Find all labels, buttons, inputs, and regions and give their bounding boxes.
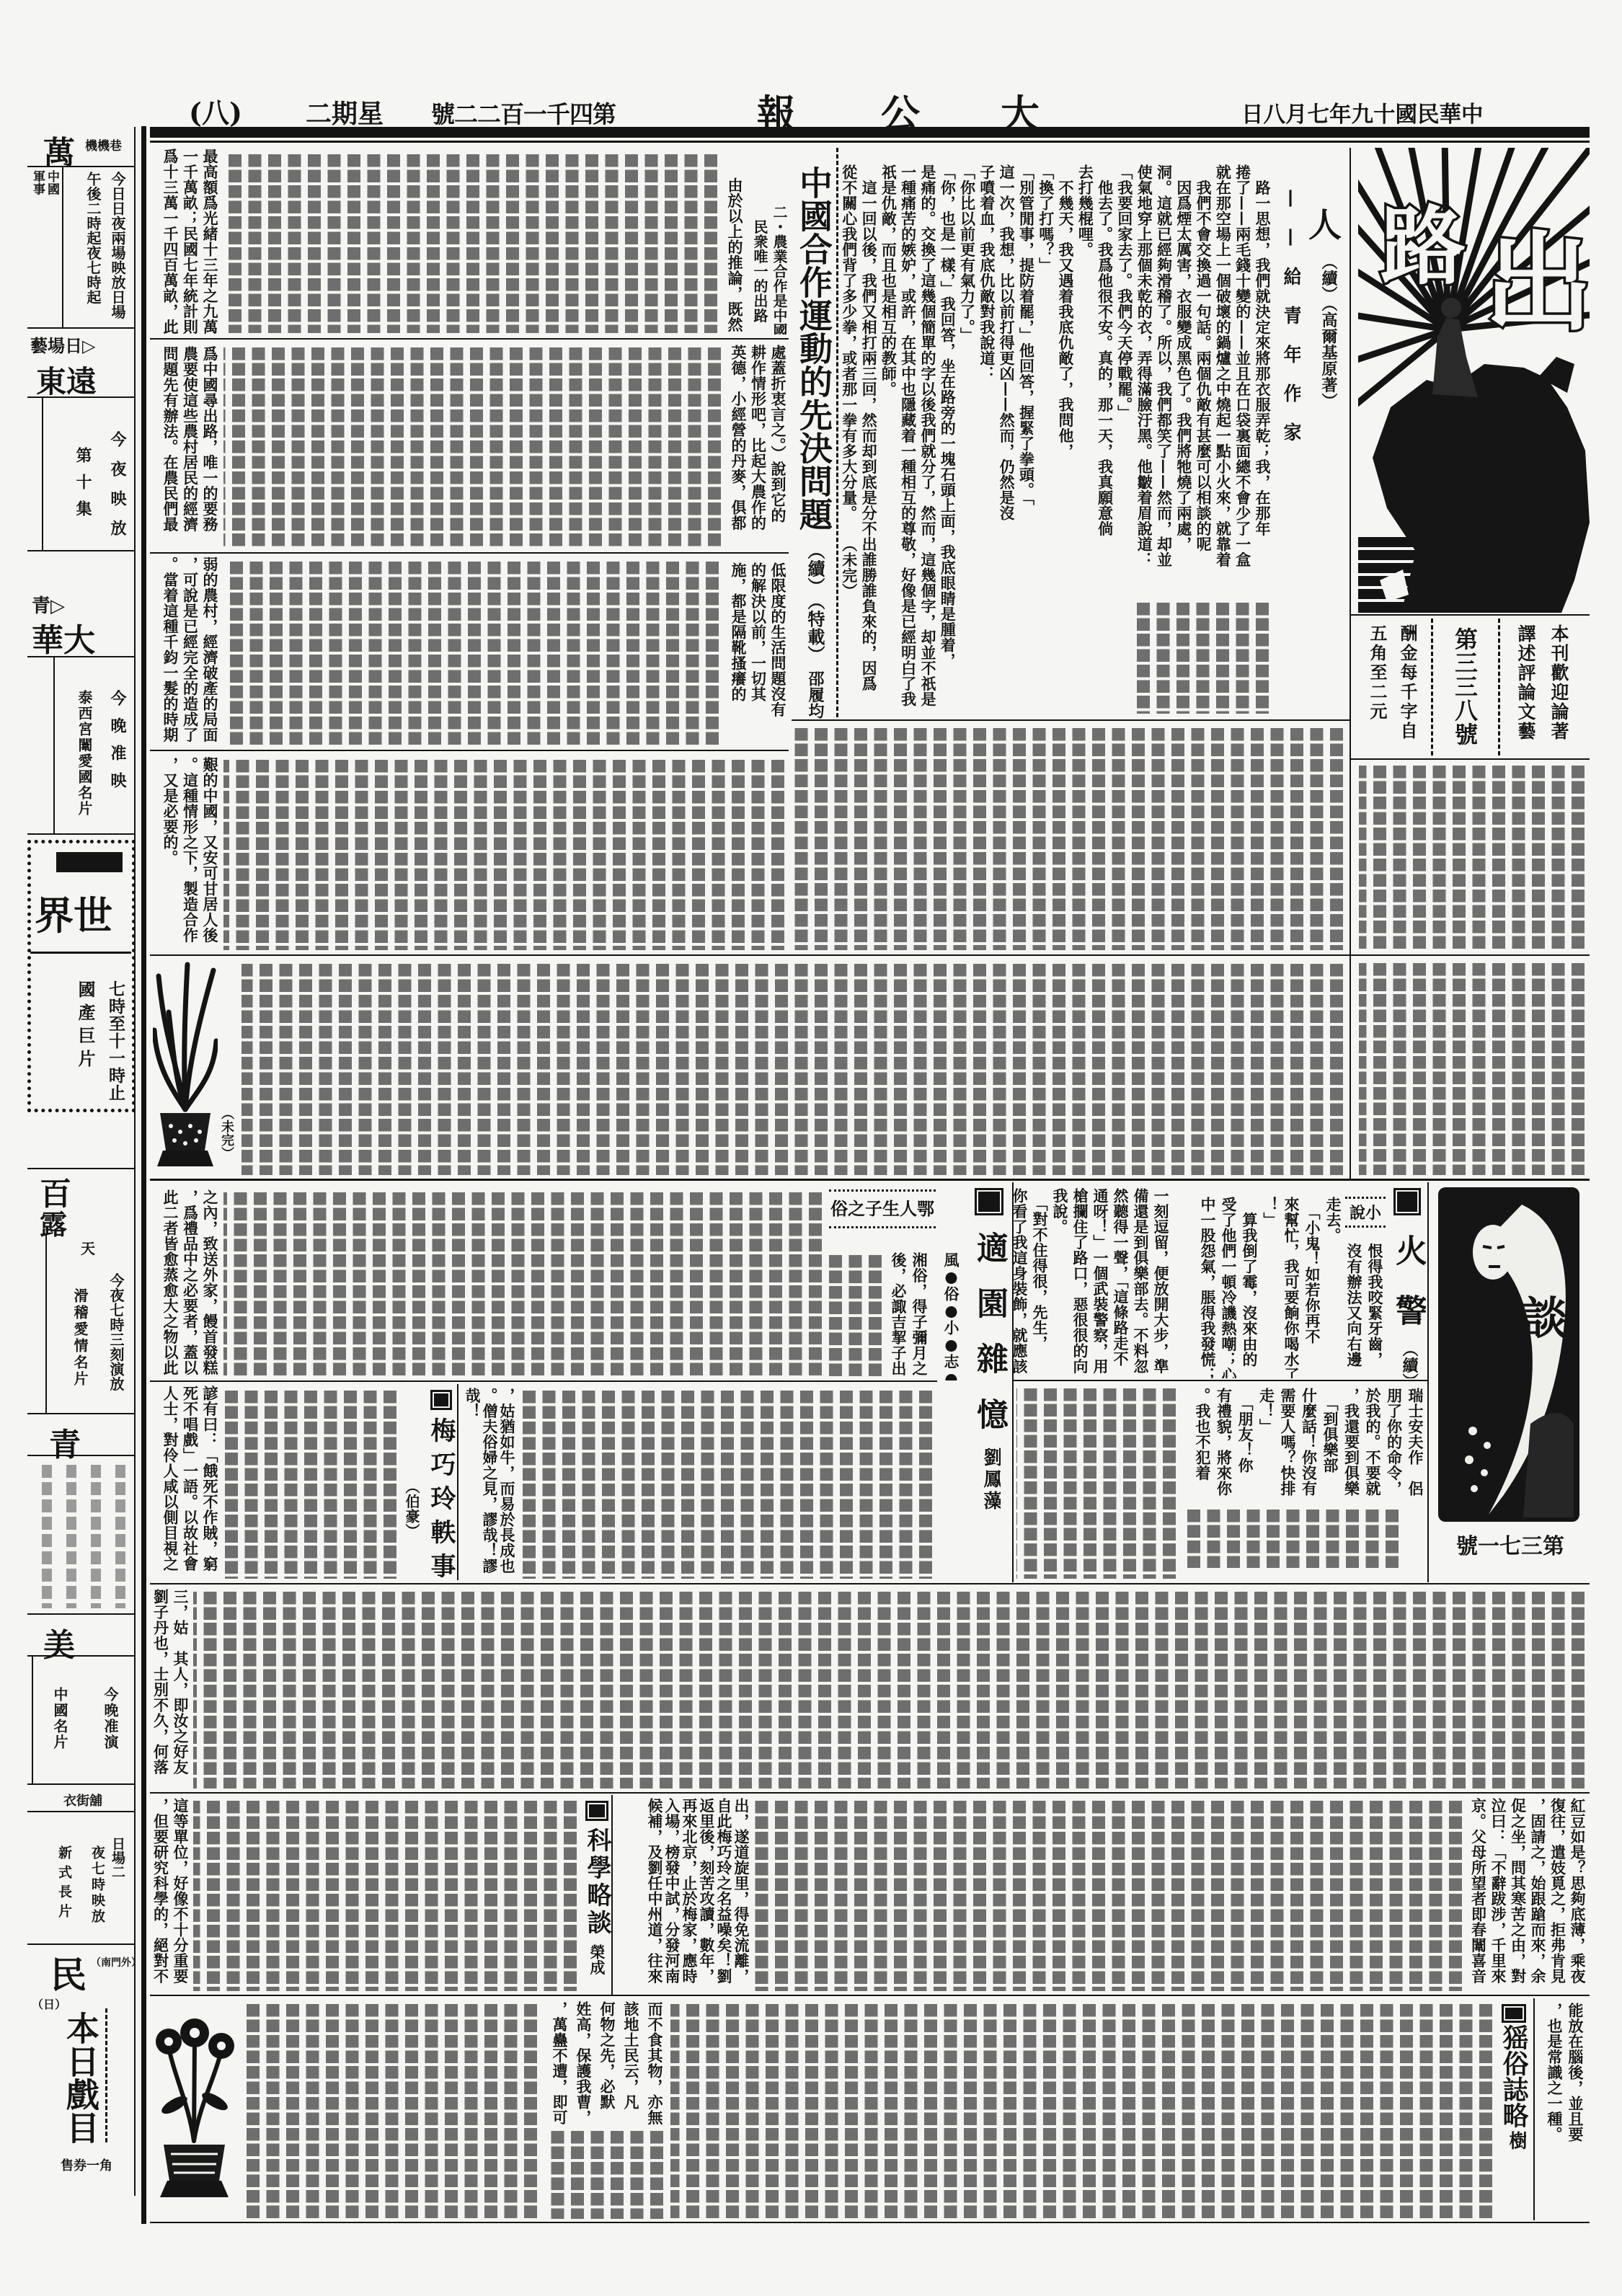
tier-rule bbox=[150, 552, 789, 554]
article-subtitle: 二・農業合作是中國 民衆唯一的出路 bbox=[748, 205, 789, 334]
science-author: 榮成 bbox=[587, 1944, 607, 1987]
ad-line: 夜七時映放 bbox=[88, 1845, 107, 1939]
ad-line: 新式長片 bbox=[55, 1845, 74, 1932]
illegible-article-text bbox=[223, 757, 788, 950]
fiction-continued: （續） bbox=[1397, 1341, 1419, 1378]
cinema-location: （南門外） bbox=[91, 1955, 141, 1969]
horseman-woodcut-icon: 路 出 bbox=[1358, 148, 1590, 613]
illegible-article-text bbox=[753, 1798, 1466, 1991]
ad-line: 今夜映放 bbox=[105, 431, 127, 550]
tier-rule bbox=[150, 750, 789, 751]
ad-line: 日場二 bbox=[108, 1837, 127, 1894]
story-dedication: ——給青年作家 bbox=[1276, 189, 1300, 463]
notice-line: 譯述評論文藝 bbox=[1514, 624, 1535, 750]
cinema-name: 世界 bbox=[35, 885, 125, 941]
article-text: ，姑猶如牛，而易於長成也 。僧夫俗婦之見，謬哉！謬 哉！ bbox=[464, 1388, 515, 1579]
cinema-name: 大華 bbox=[32, 614, 111, 660]
article-text: 出，遂道旋里，得免流離， 自此梅巧玲之名益噪矣！劉 返里後，刻苦攻讀，數年， 再… bbox=[645, 1798, 750, 1991]
notice-line: 五角至二元 bbox=[1365, 624, 1387, 750]
black-banner-bar bbox=[56, 852, 123, 872]
ad-line: 今夜七時三刻演放 bbox=[105, 1273, 125, 1403]
article-text: 由於以上的推論，既然 bbox=[723, 177, 745, 334]
illegible-article-text bbox=[793, 725, 1347, 950]
article-text: 艱的中國，又安可甘居人後 。這種情形之下，製造合作 ，又是必要的。 bbox=[160, 757, 220, 953]
section-marker-icon bbox=[975, 1188, 1003, 1215]
tier-rule bbox=[150, 1995, 1590, 1996]
column-author: 劉鳳藻 bbox=[976, 1448, 1001, 1516]
illegible-article-text bbox=[223, 151, 721, 333]
illegible-fiction-text bbox=[1016, 1386, 1179, 1579]
wavy-border bbox=[105, 2008, 107, 2142]
headline-tag: （特載） bbox=[802, 593, 825, 668]
illegible-article-text bbox=[223, 1388, 400, 1579]
article-text: 這等單位，好像不十分重要 ，但要研究科學的，絕對不 bbox=[150, 1798, 190, 1993]
tan-woodcut-banner: 談 bbox=[1437, 1186, 1581, 1523]
article-headline: 中國合作運動的先決問題 bbox=[792, 166, 835, 541]
supplement-issue-number: 第三七一號 bbox=[1438, 1528, 1582, 1560]
illegible-article-text bbox=[828, 1252, 885, 1378]
illegible-article-text bbox=[1359, 960, 1588, 1175]
ad-line: 第十集 bbox=[71, 447, 92, 541]
notice-line: 本刊歡迎論著 bbox=[1547, 624, 1569, 750]
weekday: 星期二 bbox=[306, 94, 384, 130]
program-price: 售券一角 bbox=[61, 2155, 112, 2174]
article-author: 邵履均 bbox=[802, 670, 825, 721]
section-marker-icon bbox=[430, 1390, 452, 1410]
ad-line: 泰西宮闈愛國名片 bbox=[72, 690, 94, 827]
showtimes: 今日日夜兩場映放日場 午後二時起夜七時起 bbox=[78, 172, 130, 327]
cinema-street: 機機巷 bbox=[85, 136, 122, 154]
potted-plant-icon bbox=[153, 962, 218, 1175]
illegible-article-text bbox=[241, 961, 1347, 1175]
main-vertical-rule bbox=[141, 126, 146, 2224]
illegible-article-text bbox=[193, 1589, 1588, 1789]
headline-continued: （續） bbox=[802, 542, 825, 593]
cinema-street: 衣街舖 bbox=[63, 1791, 102, 1809]
newspaper-page: (八) 星期二 第四千一百二二號 大 公 報 中華民國十九年七月八日 萬 機機巷… bbox=[0, 0, 1622, 2296]
column-rule bbox=[611, 1795, 613, 1995]
illegible-article-text bbox=[670, 2001, 1496, 2219]
illegible-article-text bbox=[519, 1388, 936, 1579]
potted-plant-illustration bbox=[153, 962, 218, 1175]
figure-woodcut-icon: 談 bbox=[1437, 1186, 1581, 1523]
ad-divider bbox=[53, 657, 55, 833]
science-title: 科學略談 bbox=[582, 1827, 611, 1941]
illegible-article-text bbox=[544, 2128, 667, 2219]
article-text: 處蓋折衷言之。）說到它的 耕作情形吧，比起大農作的 英德，小經營的丹麥，俱都 bbox=[728, 345, 788, 550]
fiction-title: 火警 bbox=[1390, 1234, 1426, 1342]
illegible-article-text bbox=[241, 2001, 541, 2219]
article-text: 能放在腦後，並且要 ，也是常識之一種。 bbox=[1543, 2003, 1586, 2219]
article-text: 紅豆如是？思夠底薄，乘夜 復往，遣妓覓之，拒弗肯見 ，固請之，始跟蹌而來，余 促… bbox=[1468, 1798, 1587, 1991]
section-separator-rule bbox=[150, 1179, 1590, 1181]
article-text: 弱的農村，經濟破產的局面 ，可說是已經完全的造成了 。當着這種千鈞一髮的時期 bbox=[160, 557, 220, 748]
chulu-woodcut-banner: 路 出 bbox=[1358, 148, 1590, 613]
tier-rule bbox=[150, 1792, 1590, 1794]
article-text: 諺有曰：「餓死不作賊，窮 死不唱戲」一語。以故社會 人士，對伶人咸以側目視之 bbox=[160, 1386, 220, 1582]
issue-number: 第四千一百二二號 bbox=[431, 96, 616, 130]
illegible-article-text bbox=[193, 1798, 580, 1991]
article-text: 最高額爲光緒十三年之九萬 一千萬畝；民國七年統計則 爲十三萬一千四百萬畝，此 bbox=[160, 149, 220, 336]
article-text: 爲中國尋出路，唯一的要務 農要使這些農村居民的經濟 問題先有辦法。在農民們最 bbox=[160, 346, 220, 551]
fiction-text: 恨得我咬緊牙齒， 沒有辦法又向右邊 走去。 「小鬼！如若你再不 來幫忙，我可要餉… bbox=[1182, 1197, 1386, 1378]
illegible-article-text bbox=[223, 559, 722, 745]
flower-pot-icon bbox=[153, 2011, 236, 2202]
column-rule bbox=[1533, 1998, 1535, 2220]
illegible-article-text bbox=[223, 1189, 825, 1378]
ad-divider bbox=[32, 1657, 33, 1783]
article-subtitle-box: 鄂人生子之俗 bbox=[829, 1189, 936, 1228]
banner-title-char: 路 bbox=[1381, 196, 1466, 296]
program-tag: （日） bbox=[32, 1995, 66, 2012]
article-text: 湘俗，得子彌月之 後，必諏吉挈子出 bbox=[888, 1252, 930, 1378]
supplement-issue-number: 第三三八號 bbox=[1450, 627, 1479, 753]
tier-rule bbox=[1014, 1380, 1182, 1381]
anecdote-author: （伯豪） bbox=[402, 1479, 421, 1551]
banner-title-char: 出 bbox=[1484, 220, 1590, 347]
article-text: 而不食其物，亦無 該地土民云，凡 何物之先，必默 姓高，保護我曹， ，萬蠱不遭，… bbox=[544, 2001, 667, 2125]
tier-rule bbox=[150, 1380, 937, 1382]
article-text: 之內，致送外家，饅首發糕 ，爲禮品中之必要者，蓋以 此二者皆愈蒸愈大之物以此 bbox=[160, 1189, 220, 1380]
article-text: 低限度的生活問題沒有 的解決以前，一切其 施，都是隔靴搔癢的 bbox=[728, 562, 788, 746]
tier-rule bbox=[150, 954, 1590, 956]
program-title: 本日戲目 bbox=[62, 2011, 99, 2148]
tier-rule bbox=[792, 719, 1350, 721]
cinema-name: 遠東 bbox=[36, 358, 108, 402]
ad-line: 國產巨片 bbox=[72, 980, 95, 1096]
customs-author: 樹 bbox=[1503, 2131, 1526, 2160]
ad-divider bbox=[42, 398, 43, 550]
section-label: 風●俗●小●志● bbox=[939, 1252, 961, 1380]
film-label: 中國 軍事 bbox=[29, 170, 59, 206]
column-rule bbox=[1427, 1182, 1429, 1582]
ad-line: 滑稽愛情名片 bbox=[69, 1288, 89, 1396]
ad-divider bbox=[45, 1234, 47, 1413]
ad-divider bbox=[62, 167, 63, 327]
to-be-continued-mark: （未完） bbox=[218, 1107, 236, 1175]
tier-rule bbox=[1350, 758, 1590, 760]
page-bottom-rule bbox=[150, 2222, 1590, 2223]
ad-line: 今晚准演 bbox=[99, 1687, 120, 1759]
illegible-ad-text bbox=[32, 1461, 131, 1608]
ad-line: 七時至十一時止 bbox=[102, 980, 125, 1107]
flower-pot-illustration bbox=[153, 2011, 236, 2202]
beaded-divider bbox=[30, 952, 131, 954]
section-marker-icon bbox=[1502, 2004, 1526, 2023]
customs-title: 猺俗誌略 bbox=[1499, 2024, 1528, 2132]
anecdote-title: 梅巧玲軼事 bbox=[427, 1417, 456, 1584]
issue-date: 中華民國十九年七月八日 bbox=[1241, 97, 1484, 128]
notice-line: 酬金每千字自 bbox=[1396, 624, 1417, 750]
wavy-column-divider bbox=[836, 148, 838, 717]
illegible-story-text bbox=[1130, 600, 1272, 714]
page-number: (八) bbox=[189, 91, 242, 130]
story-continued-mark: （續） bbox=[1316, 254, 1338, 297]
banner-bottom-rule bbox=[1350, 614, 1590, 616]
illegible-article-text bbox=[223, 345, 724, 548]
article-text: 三，姑 其人，即汝之好友 劉子丹也，士別不久，何落 bbox=[150, 1589, 190, 1789]
section-marker-icon bbox=[1393, 1188, 1421, 1215]
tier-rule bbox=[1182, 1380, 1427, 1381]
wavy-divider bbox=[1431, 619, 1433, 755]
story-original-author: （高爾基原著） bbox=[1316, 296, 1338, 411]
ad-line: 今晚准映 bbox=[105, 690, 127, 812]
fiction-text: 一刻逗留，便放開大步，準 備還是到俱樂部去。不料忽 然聽得一聲，「這條路走不 通… bbox=[1009, 1188, 1171, 1378]
banner-title-char: 談 bbox=[1523, 1292, 1567, 1344]
cinema-name: 民 bbox=[50, 1946, 87, 1998]
wavy-divider bbox=[1498, 619, 1500, 755]
illegible-article-text bbox=[1359, 763, 1588, 952]
masthead-thick-rule bbox=[150, 127, 1590, 138]
column-rule bbox=[457, 1384, 458, 1580]
right-column-rule bbox=[1350, 148, 1351, 1179]
tier-rule bbox=[150, 1583, 1590, 1584]
tier-rule bbox=[150, 338, 789, 340]
ad-line: 中國名片 bbox=[49, 1687, 69, 1759]
section-marker-icon bbox=[585, 1801, 608, 1821]
ad-tag: ▷日場藝 bbox=[30, 332, 117, 357]
illegible-fiction-text bbox=[1186, 1507, 1402, 1568]
masthead-thin-rule bbox=[150, 141, 1590, 143]
column-rule bbox=[1012, 1182, 1014, 1582]
story-title: 人 bbox=[1308, 199, 1342, 247]
column-title: 適園雜憶 bbox=[970, 1231, 1008, 1440]
